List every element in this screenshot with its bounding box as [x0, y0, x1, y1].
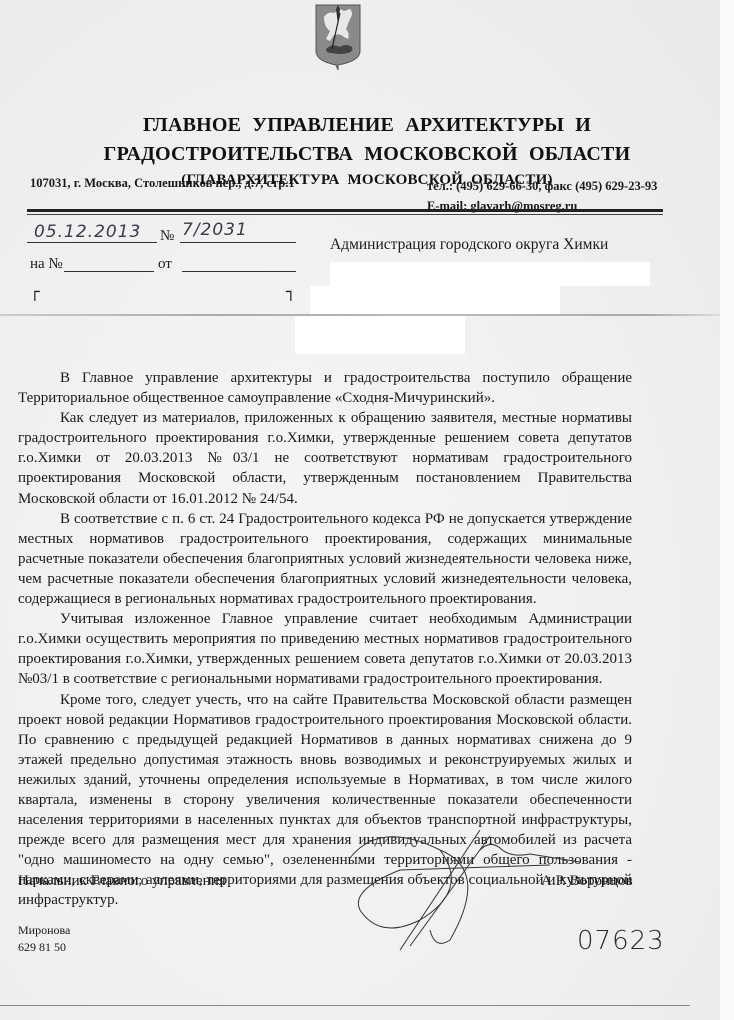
redacted-area: [330, 262, 650, 286]
executor-info: Миронова 629 81 50: [18, 922, 70, 956]
reply-number-underline: [64, 271, 154, 272]
paragraph: Учитывая изложенное Главное управление с…: [18, 609, 632, 689]
org-address: 107031, г. Москва, Столешников пер., д.7…: [30, 176, 295, 191]
paragraph: В соответствие с п. 6 ст. 24 Градостроит…: [18, 509, 632, 609]
redacted-area: [310, 286, 560, 316]
corner-mark-right: ┐: [286, 282, 296, 301]
org-email: E-mail: glavarh@mosreg.ru: [427, 196, 657, 216]
registration-stamp-number: 07623: [577, 926, 665, 956]
number-underline: [180, 242, 296, 243]
number-label: №: [160, 228, 174, 245]
executor-phone: 629 81 50: [18, 939, 70, 956]
outgoing-date: 05.12.2013: [34, 222, 141, 242]
outgoing-number: 7/2031: [182, 220, 248, 240]
from-label: от: [158, 256, 172, 273]
corner-mark-left: ┌: [30, 282, 40, 301]
org-title-line1: ГЛАВНОЕ УПРАВЛЕНИЕ АРХИТЕКТУРЫ И: [0, 114, 734, 137]
reply-date-underline: [182, 271, 296, 272]
page-bottom-edge: [0, 1005, 690, 1006]
paragraph: Как следует из материалов, приложенных к…: [18, 408, 632, 508]
executor-name: Миронова: [18, 922, 70, 939]
signer-name: А.Р. Воронцов: [541, 873, 633, 890]
org-phone: тел.: (495) 629-66-30, факс (495) 629-23…: [427, 176, 657, 196]
signer-position: Начальник Главного управления: [18, 873, 226, 890]
recipient-name: Администрация городского округа Химки: [330, 236, 608, 254]
redacted-area: [295, 316, 465, 354]
paragraph: В Главное управление архитектуры и градо…: [18, 368, 632, 408]
paper-fold-line: [0, 314, 720, 316]
reply-to-label: на №: [30, 256, 63, 273]
coat-of-arms-icon: [314, 3, 362, 71]
org-title-line2: ГРАДОСТРОИТЕЛЬСТВА МОСКОВСКОЙ ОБЛАСТИ: [0, 143, 734, 166]
document-page: ГЛАВНОЕ УПРАВЛЕНИЕ АРХИТЕКТУРЫ И ГРАДОСТ…: [0, 0, 734, 1020]
header-divider-thick: [27, 209, 663, 212]
date-underline: [27, 242, 157, 243]
header-divider-thin: [27, 214, 663, 215]
